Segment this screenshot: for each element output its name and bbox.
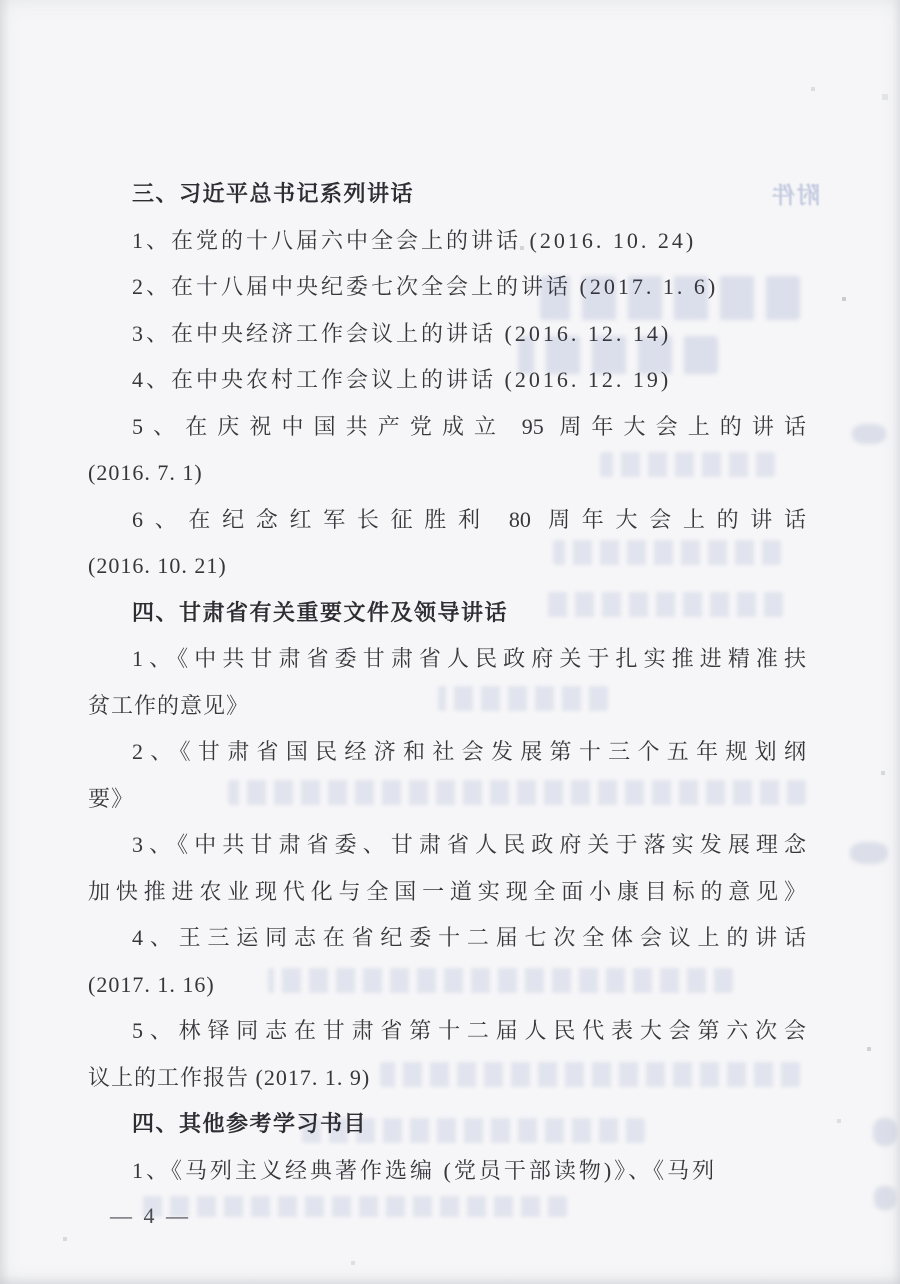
doc-line-5: 4、在中央农村工作会议上的讲话 (2016. 12. 19) — [88, 357, 806, 404]
doc-line-14: 要》 — [88, 776, 806, 823]
page-number: — 4 — — [110, 1196, 191, 1236]
doc-line-7: (2016. 7. 1) — [88, 450, 806, 497]
doc-line-3: 2、在十八届中央纪委七次全会上的讲话 (2017. 1. 6) — [88, 264, 806, 311]
doc-line-2: 1、在党的十八届六中全会上的讲话 (2016. 10. 24) — [88, 218, 806, 265]
bleedthrough-edge-smudge — [874, 1186, 896, 1210]
doc-line-18: (2017. 1. 16) — [88, 962, 806, 1009]
bleedthrough-edge-smudge — [852, 424, 886, 444]
doc-line-17: 4、王三运同志在省纪委十二届七次全体会议上的讲话 — [88, 915, 806, 962]
doc-line-16: 加快推进农业现代化与全国一道实现全面小康目标的意见》 — [88, 869, 806, 916]
doc-line-4: 3、在中央经济工作会议上的讲话 (2016. 12. 14) — [88, 311, 806, 358]
scan-specks — [0, 0, 2, 2]
bleedthrough-edge-smudge — [850, 842, 888, 864]
scanned-document-page: 附件 三、习近平总书记系列讲话1、在党的十八届六中全会上的讲话 (2016. 1… — [0, 0, 900, 1284]
bleedthrough-line-smudge — [137, 1196, 567, 1217]
doc-line-15: 3、《中共甘肃省委、甘肃省人民政府关于落实发展理念 — [88, 822, 806, 869]
doc-line-12: 贫工作的意见》 — [88, 683, 806, 730]
doc-line-6: 5、在庆祝中国共产党成立 95 周年大会上的讲话 — [88, 404, 806, 451]
doc-line-22: 1、《马列主义经典著作选编 (党员干部读物)》、《马列 — [88, 1148, 806, 1195]
doc-line-10: 四、甘肃省有关重要文件及领导讲话 — [88, 590, 806, 637]
doc-line-19: 5、林铎同志在甘肃省第十二届人民代表大会第六次会 — [88, 1008, 806, 1055]
doc-line-1: 三、习近平总书记系列讲话 — [88, 171, 806, 218]
document-body: 三、习近平总书记系列讲话1、在党的十八届六中全会上的讲话 (2016. 10. … — [88, 171, 806, 1194]
doc-line-8: 6、在纪念红军长征胜利 80 周年大会上的讲话 — [88, 497, 806, 544]
doc-line-20: 议上的工作报告 (2017. 1. 9) — [88, 1055, 806, 1102]
doc-line-21: 四、其他参考学习书目 — [88, 1101, 806, 1148]
doc-line-11: 1、《中共甘肃省委甘肃省人民政府关于扎实推进精准扶 — [88, 636, 806, 683]
doc-line-13: 2、《甘肃省国民经济和社会发展第十三个五年规划纲 — [88, 729, 806, 776]
doc-line-9: (2016. 10. 21) — [88, 543, 806, 590]
bleedthrough-edge-smudge — [873, 1118, 897, 1146]
